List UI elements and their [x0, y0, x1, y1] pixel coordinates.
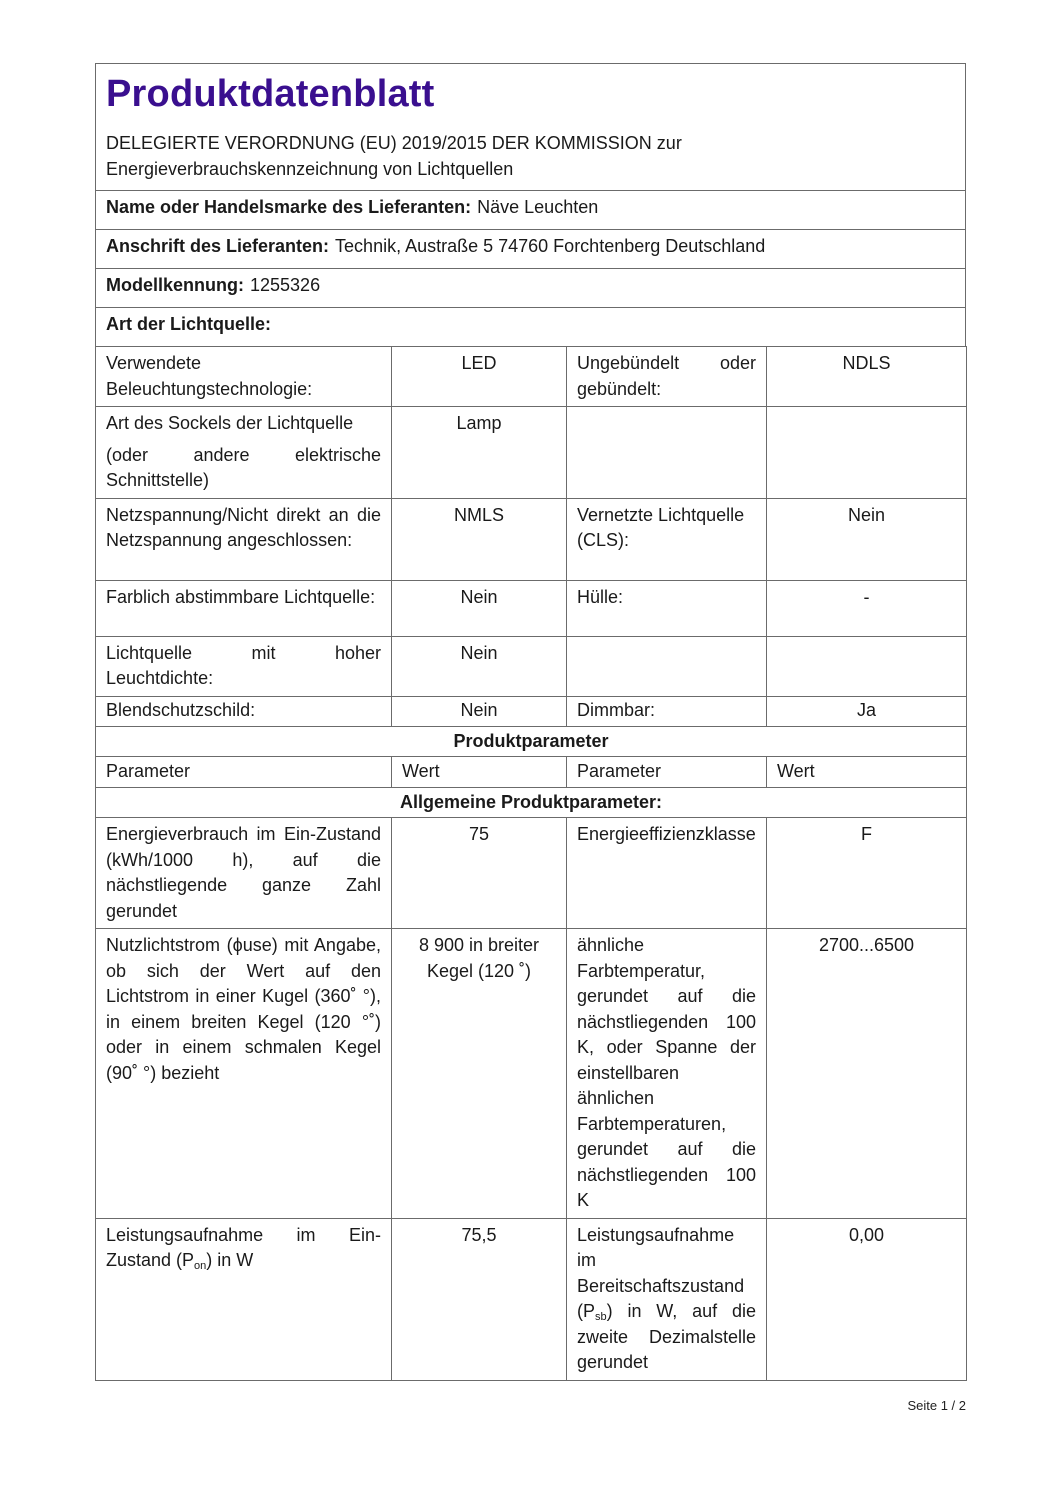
page-title: Produktdatenblatt — [106, 70, 955, 118]
supplier-name-value: Näve Leuchten — [477, 197, 598, 217]
regulation-text: DELEGIERTE VERORDNUNG (EU) 2019/2015 DER… — [106, 130, 955, 182]
light-source-type-label: Art der Lichtquelle: — [106, 314, 271, 334]
section-title-general-parameters: Allgemeine Produktparameter: — [96, 787, 967, 818]
product-data-sheet: Produktdatenblatt DELEGIERTE VERORDNUNG … — [95, 63, 966, 1381]
supplier-address-value: Technik, Austraße 5 74760 Forchtenberg D… — [335, 236, 765, 256]
column-header-row: Parameter Wert Parameter Wert — [96, 757, 967, 788]
supplier-address-row: Anschrift des Lieferanten:Technik, Austr… — [95, 229, 966, 268]
supplier-name-label: Name oder Handelsmarke des Lieferanten: — [106, 197, 471, 217]
header-block: Produktdatenblatt DELEGIERTE VERORDNUNG … — [95, 63, 966, 190]
table-row: Art des Sockels der Lichtquelle (oder an… — [96, 407, 967, 499]
section-title-product-parameters: Produktparameter — [96, 726, 967, 757]
supplier-name-row: Name oder Handelsmarke des Lieferanten:N… — [95, 190, 966, 229]
table-row: Farblich abstimmbare Lichtquelle: Nein H… — [96, 580, 967, 636]
model-row: Modellkennung:1255326 — [95, 268, 966, 307]
supplier-address-label: Anschrift des Lieferanten: — [106, 236, 329, 256]
page-number: Seite 1 / 2 — [880, 1398, 966, 1413]
table-row: Lichtquelle mit hoher Leuchtdichte: Nein — [96, 636, 967, 696]
table-row: Energieverbrauch im Ein-Zustand (kWh/100… — [96, 818, 967, 929]
model-value: 1255326 — [250, 275, 320, 295]
section-header-row: Produktparameter — [96, 726, 967, 757]
table-row: Nutzlichtstrom (ϕuse) mit Angabe, ob sic… — [96, 929, 967, 1219]
parameter-table: Verwendete Beleuchtungstechnologie: LED … — [95, 346, 967, 1381]
table-row: Leistungsaufnahme im Ein-Zustand (Pon) i… — [96, 1218, 967, 1380]
model-label: Modellkennung: — [106, 275, 244, 295]
section-header-row: Allgemeine Produktparameter: — [96, 787, 967, 818]
table-row: Netzspannung/Nicht direkt an die Netzspa… — [96, 498, 967, 580]
table-row: Verwendete Beleuchtungstechnologie: LED … — [96, 347, 967, 407]
table-row: Blendschutzschild: Nein Dimmbar: Ja — [96, 696, 967, 726]
light-source-type-row: Art der Lichtquelle: — [95, 307, 966, 346]
